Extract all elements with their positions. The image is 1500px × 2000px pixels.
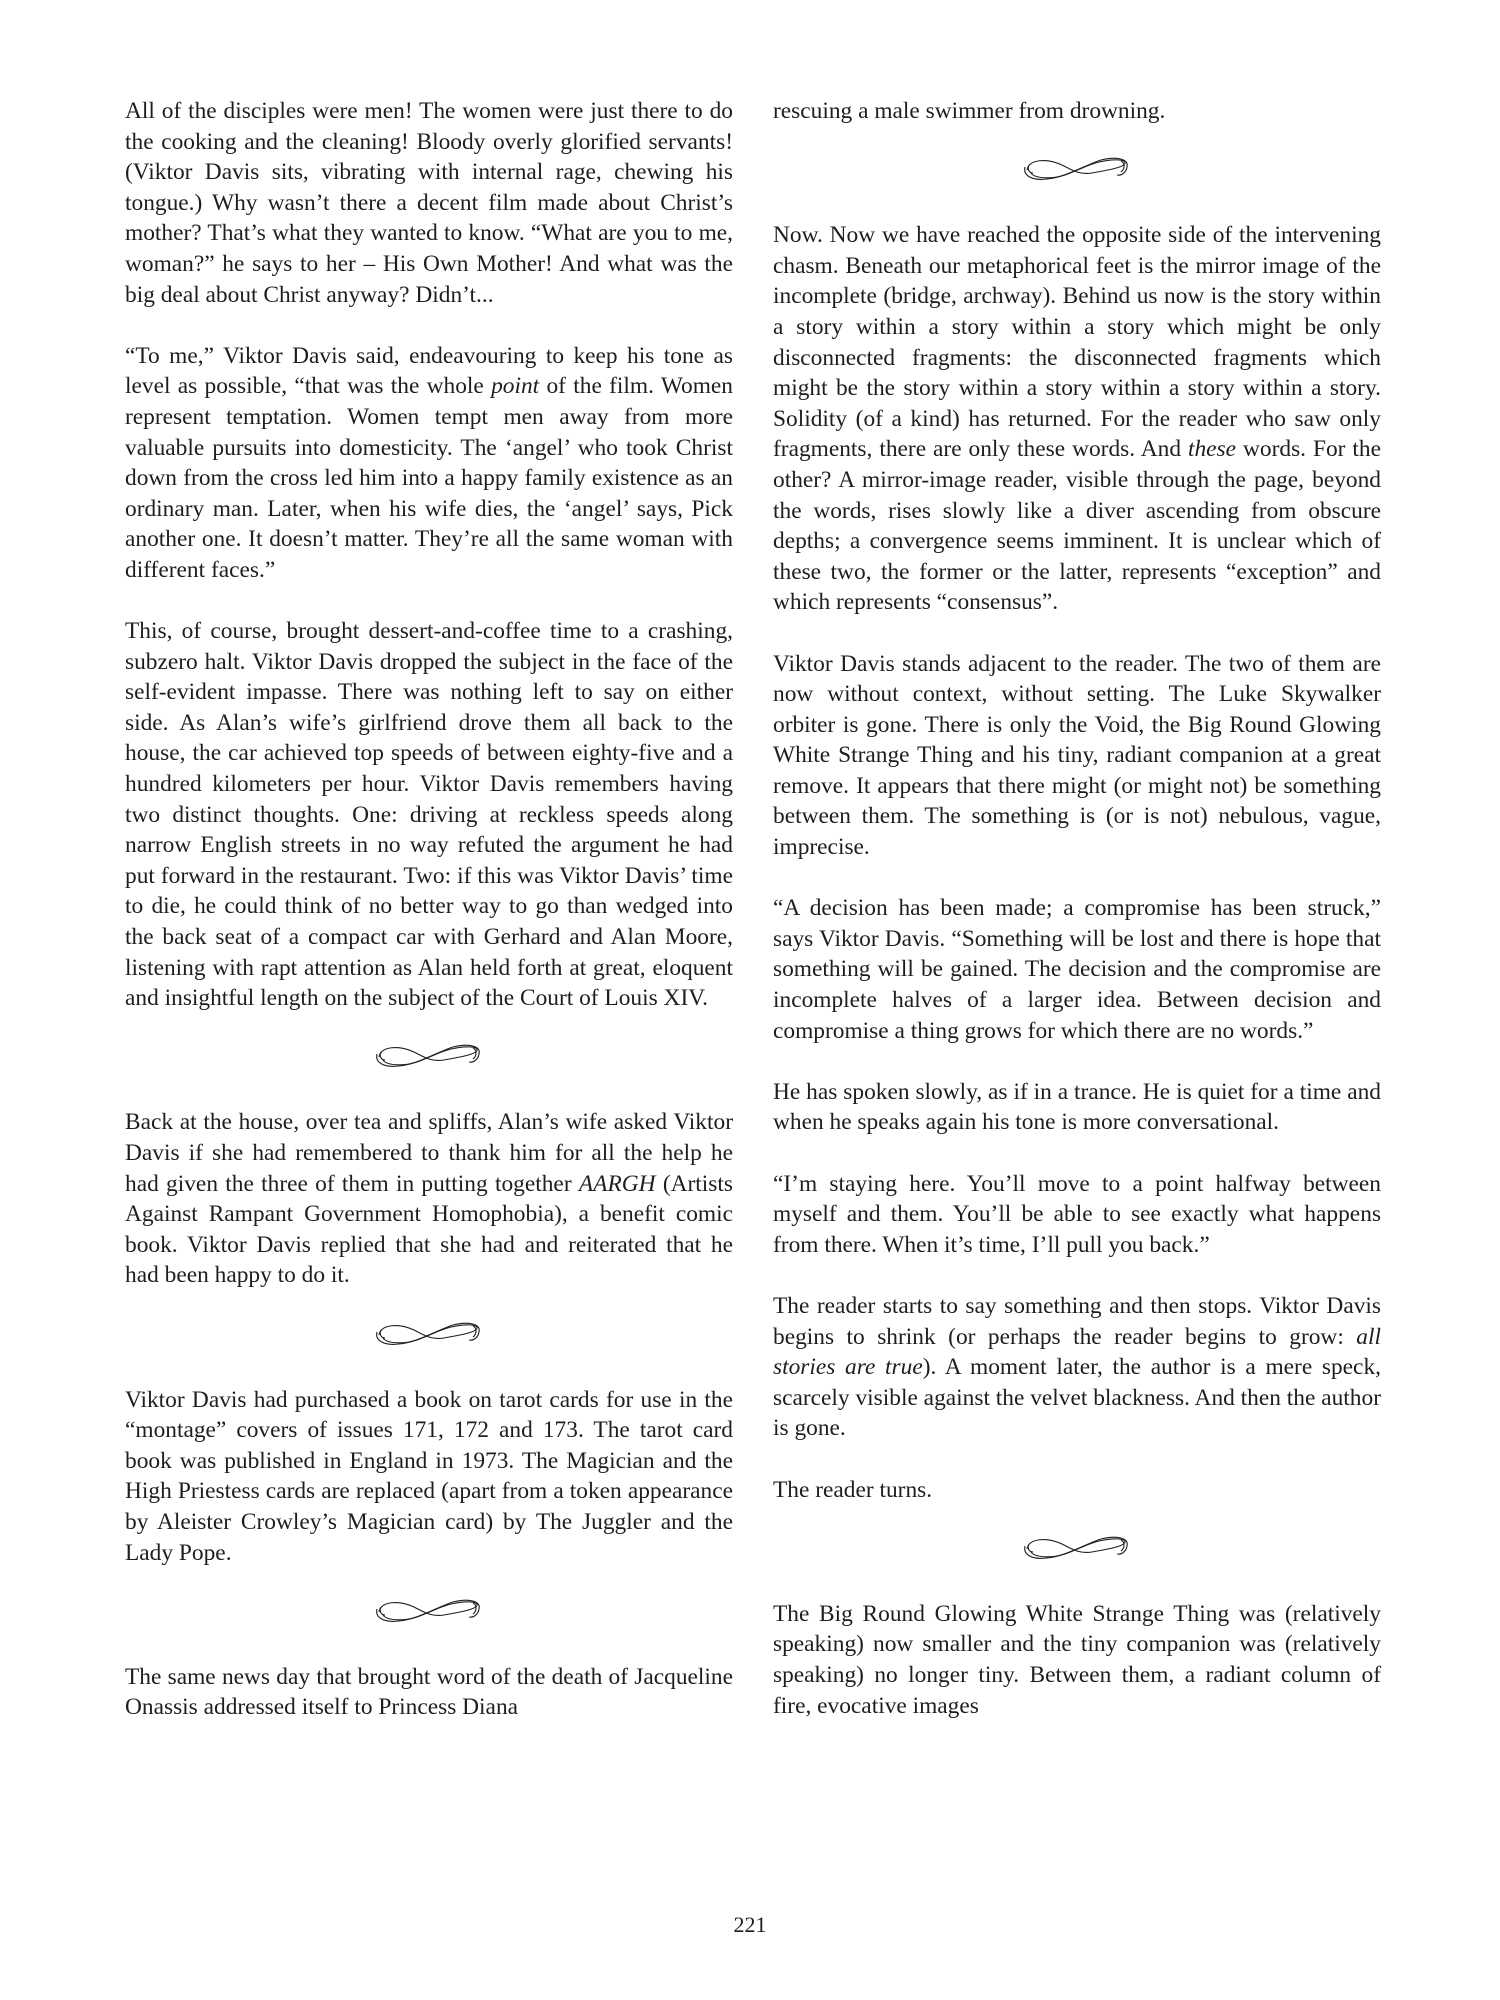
- text-run: of the film. Women represent temptation.…: [125, 373, 733, 583]
- text-run: The reader starts to say something and t…: [773, 1293, 1381, 1350]
- paragraph: “To me,” Viktor Davis said, endeavouring…: [125, 341, 733, 586]
- paragraph: “A decision has been made; a compromise …: [773, 893, 1381, 1046]
- left-column: All of the disciples were men! The women…: [125, 96, 733, 1754]
- paragraph: Viktor Davis had purchased a book on tar…: [125, 1385, 733, 1569]
- right-column: rescuing a male swimmer from drowning. N…: [773, 96, 1381, 1752]
- book-page: All of the disciples were men! The women…: [0, 0, 1500, 2000]
- infinity-flourish-icon: [369, 1040, 489, 1070]
- italic-emphasis: these: [1188, 436, 1236, 462]
- paragraph: This, of course, brought dessert-and-cof…: [125, 616, 733, 1014]
- section-break: [773, 1532, 1381, 1562]
- section-break: [773, 153, 1381, 183]
- paragraph: The reader starts to say something and t…: [773, 1291, 1381, 1444]
- paragraph: All of the disciples were men! The women…: [125, 96, 733, 310]
- paragraph: He has spoken slowly, as if in a trance.…: [773, 1077, 1381, 1138]
- infinity-flourish-icon: [1017, 1532, 1137, 1562]
- paragraph: Viktor Davis stands adjacent to the read…: [773, 649, 1381, 863]
- page-number: 221: [0, 1912, 1500, 1938]
- paragraph: Back at the house, over tea and spliffs,…: [125, 1107, 733, 1291]
- infinity-flourish-icon: [369, 1318, 489, 1348]
- infinity-flourish-icon: [1017, 153, 1137, 183]
- section-break: [125, 1595, 733, 1625]
- italic-emphasis: point: [491, 373, 539, 399]
- paragraph: The same news day that brought word of t…: [125, 1662, 733, 1723]
- paragraph: “I’m staying here. You’ll move to a poin…: [773, 1169, 1381, 1261]
- section-break: [125, 1040, 733, 1070]
- paragraph: The reader turns.: [773, 1475, 1381, 1506]
- section-break: [125, 1318, 733, 1348]
- text-run: Now. Now we have reached the opposite si…: [773, 222, 1381, 462]
- paragraph: rescuing a male swimmer from drowning.: [773, 96, 1381, 127]
- infinity-flourish-icon: [369, 1595, 489, 1625]
- text-run: words. For the other? A mirror-image rea…: [773, 436, 1381, 615]
- italic-emphasis: AARGH: [579, 1171, 656, 1197]
- paragraph: Now. Now we have reached the opposite si…: [773, 220, 1381, 618]
- paragraph: The Big Round Glowing White Strange Thin…: [773, 1599, 1381, 1721]
